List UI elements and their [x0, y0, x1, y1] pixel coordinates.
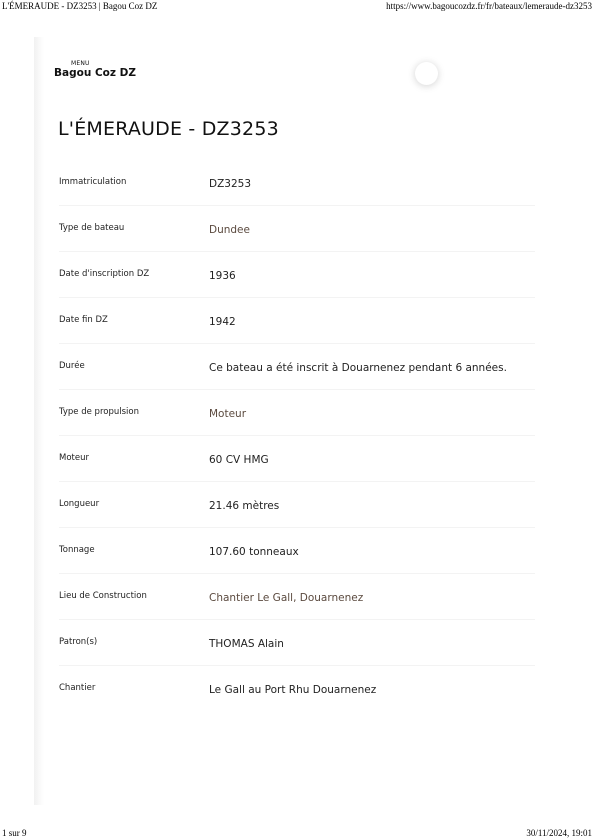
- detail-value-link[interactable]: Chantier Le Gall, Douarnenez: [209, 590, 535, 606]
- detail-value-link[interactable]: Moteur: [209, 406, 535, 422]
- detail-row-tonnage: Tonnage 107.60 tonneaux: [59, 528, 535, 574]
- detail-row-chantier: Chantier Le Gall au Port Rhu Douarnenez: [59, 666, 535, 711]
- brand-logo-link[interactable]: Bagou Coz DZ: [54, 67, 136, 79]
- detail-label: Type de propulsion: [59, 406, 209, 422]
- detail-value: Ce bateau a été inscrit à Douarnenez pen…: [209, 360, 535, 376]
- detail-label: Chantier: [59, 682, 209, 698]
- print-page-url: https://www.bagoucozdz.fr/fr/bateaux/lem…: [386, 1, 592, 11]
- print-header: L'ÉMERAUDE - DZ3253 | Bagou Coz DZ https…: [0, 1, 594, 13]
- detail-label: Moteur: [59, 452, 209, 468]
- detail-row-immatriculation: Immatriculation DZ3253: [59, 160, 535, 206]
- menu-button[interactable]: MENU: [71, 60, 90, 67]
- detail-label: Longueur: [59, 498, 209, 514]
- detail-row-date-fin: Date fin DZ 1942: [59, 298, 535, 344]
- detail-label: Patron(s): [59, 636, 209, 652]
- detail-value-link[interactable]: Dundee: [209, 222, 535, 238]
- detail-value: 60 CV HMG: [209, 452, 535, 468]
- detail-row-type-bateau: Type de bateau Dundee: [59, 206, 535, 252]
- print-page-number: 1 sur 9: [2, 828, 27, 838]
- detail-row-lieu-construction: Lieu de Construction Chantier Le Gall, D…: [59, 574, 535, 620]
- detail-label: Tonnage: [59, 544, 209, 560]
- detail-value: Le Gall au Port Rhu Douarnenez: [209, 682, 535, 698]
- detail-row-duree: Durée Ce bateau a été inscrit à Douarnen…: [59, 344, 535, 390]
- print-footer: 1 sur 9 30/11/2024, 19:01: [0, 828, 594, 840]
- detail-label: Immatriculation: [59, 176, 209, 192]
- detail-row-propulsion: Type de propulsion Moteur: [59, 390, 535, 436]
- detail-value: 21.46 mètres: [209, 498, 535, 514]
- detail-value: DZ3253: [209, 176, 535, 192]
- round-menu-toggle-button[interactable]: [415, 62, 438, 85]
- detail-label: Date d'inscription DZ: [59, 268, 209, 284]
- detail-label: Date fin DZ: [59, 314, 209, 330]
- print-page-title: L'ÉMERAUDE - DZ3253 | Bagou Coz DZ: [2, 1, 157, 11]
- detail-value: 1936: [209, 268, 535, 284]
- print-datetime: 30/11/2024, 19:01: [526, 828, 592, 838]
- detail-value: 1942: [209, 314, 535, 330]
- detail-row-longueur: Longueur 21.46 mètres: [59, 482, 535, 528]
- detail-label: Durée: [59, 360, 209, 376]
- page-edge-shadow: [34, 37, 44, 805]
- detail-row-patrons: Patron(s) THOMAS Alain: [59, 620, 535, 666]
- boat-details-table: Immatriculation DZ3253 Type de bateau Du…: [59, 160, 535, 711]
- detail-value: THOMAS Alain: [209, 636, 535, 652]
- detail-row-date-inscription: Date d'inscription DZ 1936: [59, 252, 535, 298]
- detail-row-moteur: Moteur 60 CV HMG: [59, 436, 535, 482]
- detail-label: Type de bateau: [59, 222, 209, 238]
- page-title: L'ÉMERAUDE - DZ3253: [58, 118, 279, 140]
- detail-label: Lieu de Construction: [59, 590, 209, 606]
- detail-value: 107.60 tonneaux: [209, 544, 535, 560]
